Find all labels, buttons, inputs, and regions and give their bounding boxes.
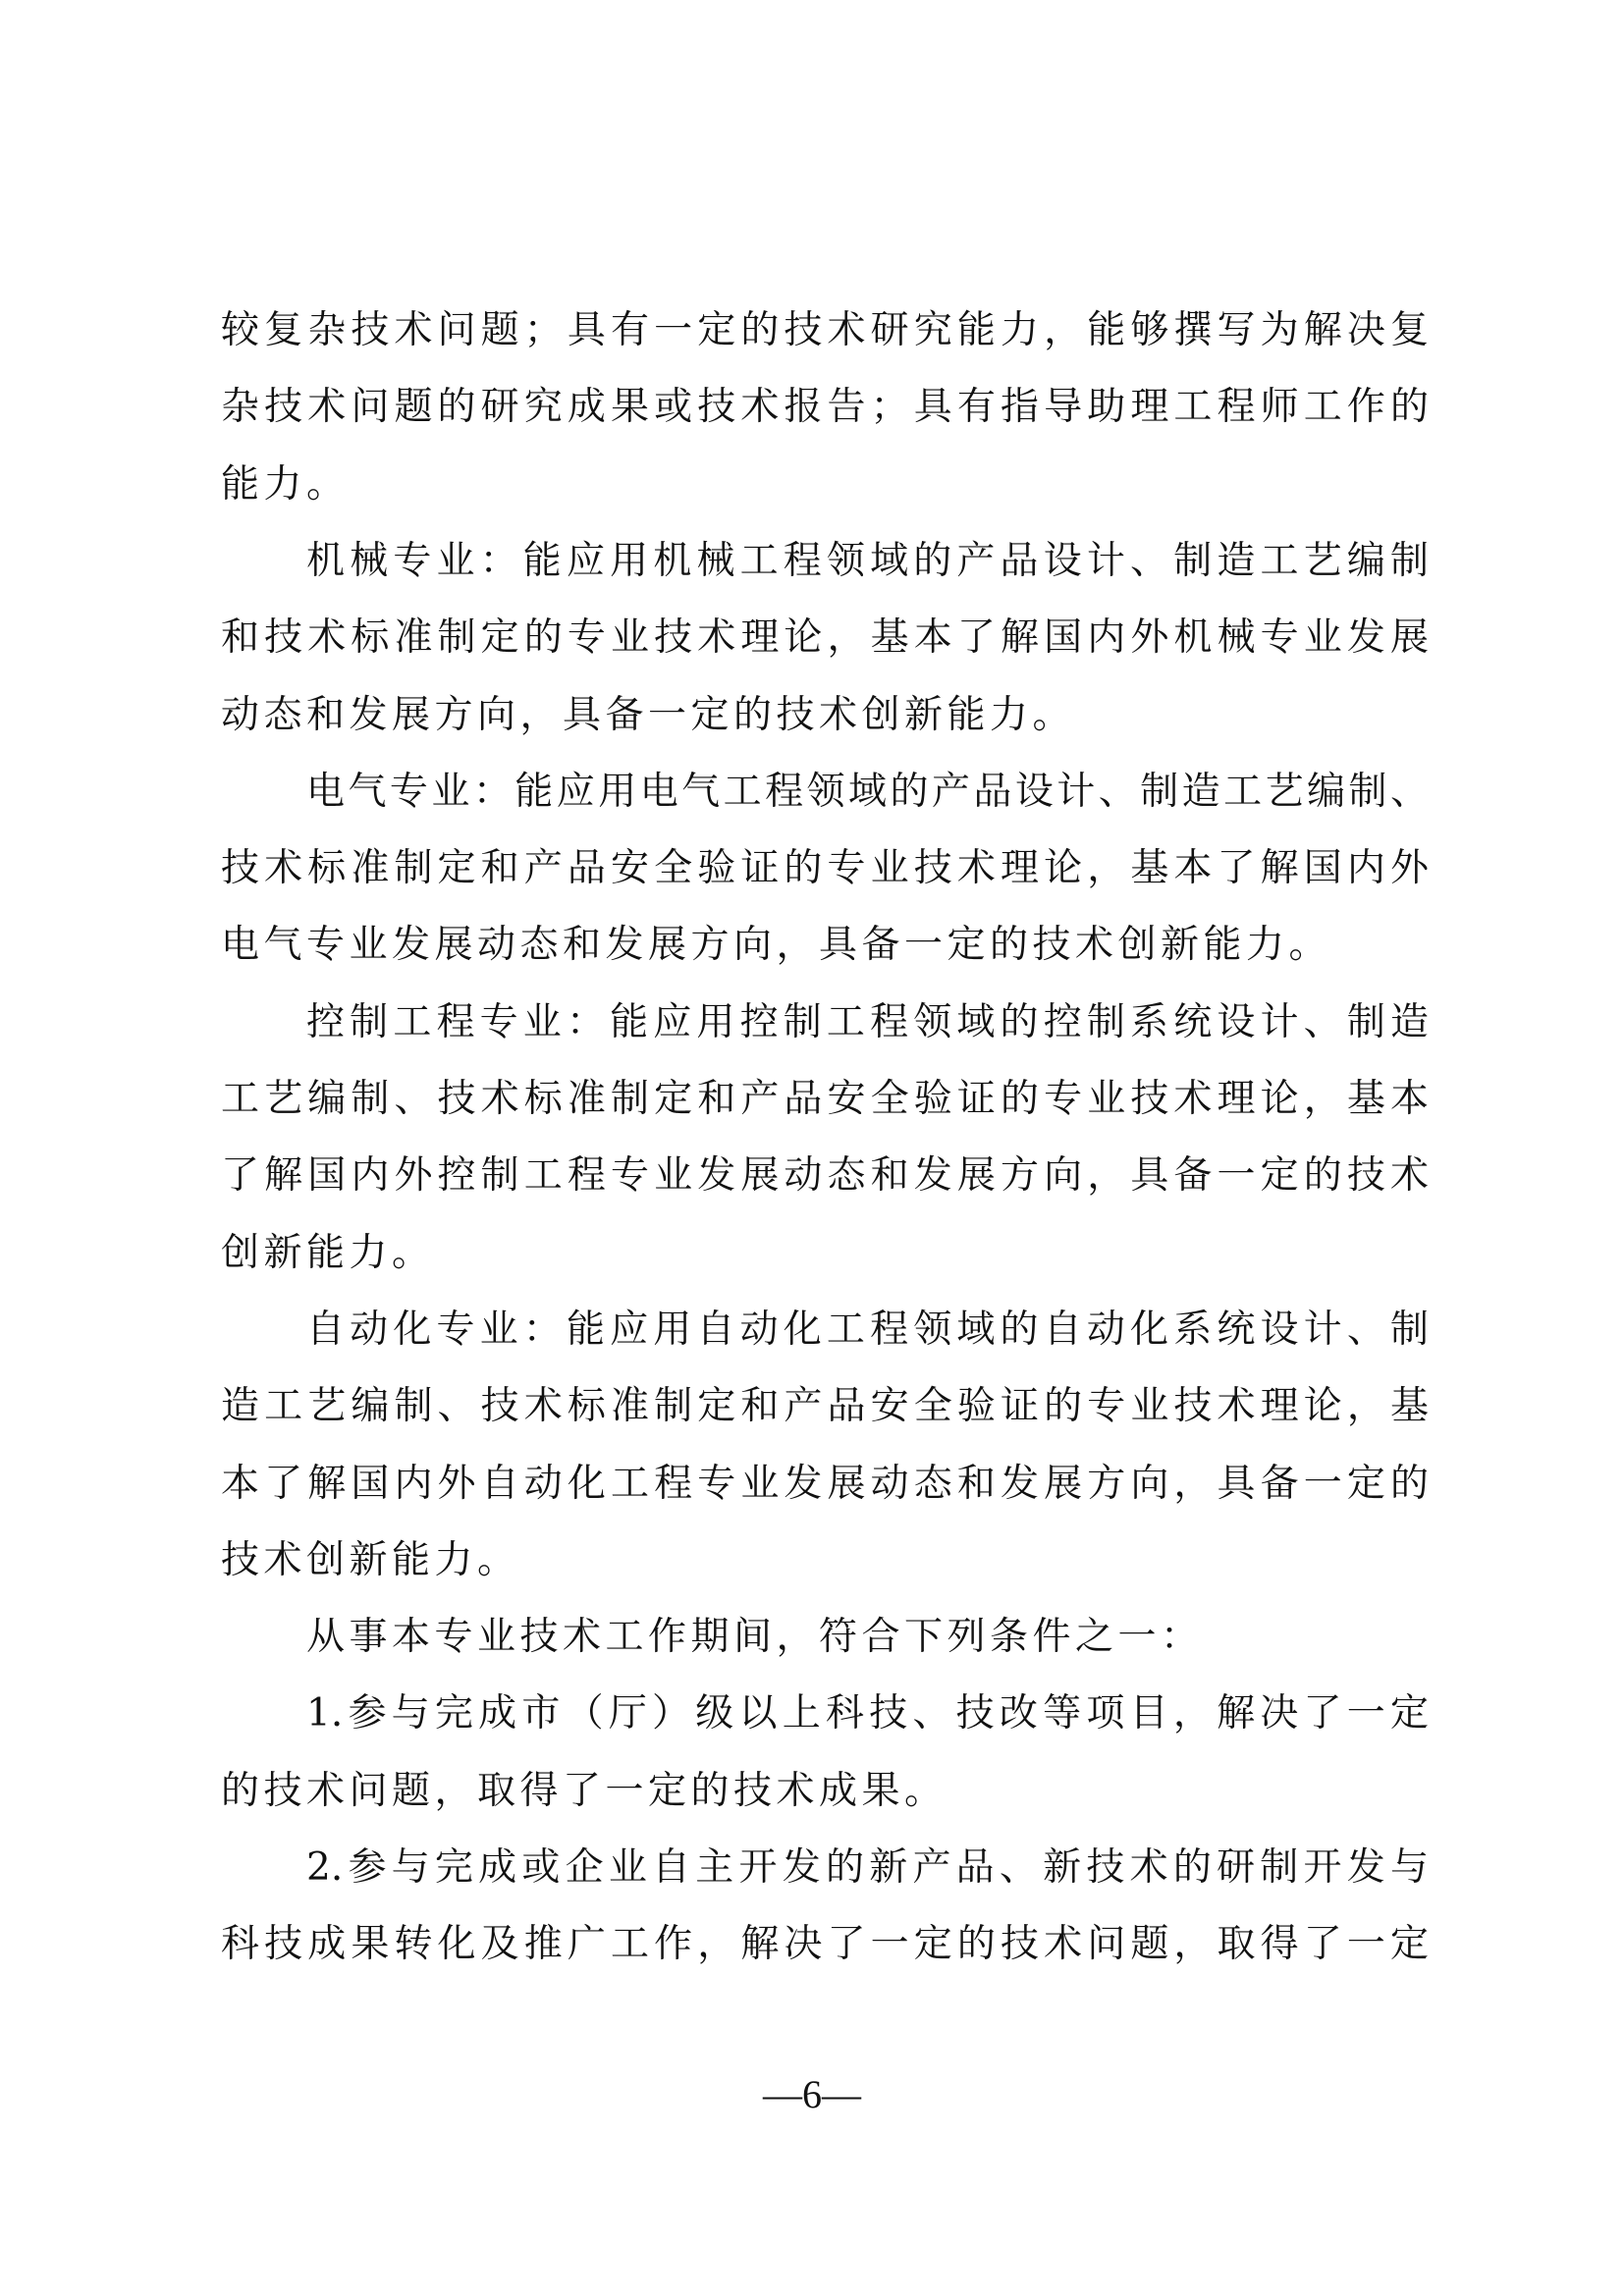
conditions-intro: 从事本专业技术工作期间，符合下列条件之一： <box>306 1610 1429 1665</box>
text-line: 造工艺编制、技术标准制定和产品安全验证的专业技术理论，基 <box>221 1379 1429 1434</box>
text-line: 工艺编制、技术标准制定和产品安全验证的专业技术理论，基本 <box>221 1072 1429 1127</box>
paragraph-mechanical-start: 机械专业：能应用机械工程领域的产品设计、制造工艺编制 <box>306 534 1429 589</box>
condition-2-start: 2.参与完成或企业自主开发的新产品、新技术的研制开发与 <box>306 1841 1429 1896</box>
text-line: 科技成果转化及推广工作，解决了一定的技术问题，取得了一定 <box>221 1917 1429 1972</box>
text-line: 创新能力。 <box>221 1226 1429 1281</box>
paragraph-control-start: 控制工程专业：能应用控制工程领域的控制系统设计、制造 <box>306 995 1429 1050</box>
paragraph-electrical-start: 电气专业：能应用电气工程领域的产品设计、制造工艺编制、 <box>306 765 1429 820</box>
text-line: 和技术标准制定的专业技术理论，基本了解国内外机械专业发展 <box>221 611 1429 666</box>
text-line: 动态和发展方向，具备一定的技术创新能力。 <box>221 688 1429 743</box>
text-line: 能力。 <box>221 457 1429 512</box>
text-line: 较复杂技术问题；具有一定的技术研究能力，能够撰写为解决复 <box>221 303 1429 358</box>
text-line: 杂技术问题的研究成果或技术报告；具有指导助理工程师工作的 <box>221 380 1429 435</box>
text-line: 技术创新能力。 <box>221 1533 1429 1588</box>
text-line: 电气专业发展动态和发展方向，具备一定的技术创新能力。 <box>221 918 1429 973</box>
text-line: 本了解国内外自动化工程专业发展动态和发展方向，具备一定的 <box>221 1457 1429 1512</box>
paragraph-automation-start: 自动化专业：能应用自动化工程领域的自动化系统设计、制 <box>306 1303 1429 1358</box>
text-line: 了解国内外控制工程专业发展动态和发展方向，具备一定的技术 <box>221 1148 1429 1203</box>
page-number: —6— <box>0 2071 1624 2117</box>
text-line: 的技术问题，取得了一定的技术成果。 <box>221 1764 1429 1819</box>
text-line: 技术标准制定和产品安全验证的专业技术理论，基本了解国内外 <box>221 841 1429 896</box>
condition-1-start: 1.参与完成市（厅）级以上科技、技改等项目，解决了一定 <box>306 1686 1429 1741</box>
document-page: 较复杂技术问题；具有一定的技术研究能力，能够撰写为解决复 杂技术问题的研究成果或… <box>0 0 1624 2296</box>
